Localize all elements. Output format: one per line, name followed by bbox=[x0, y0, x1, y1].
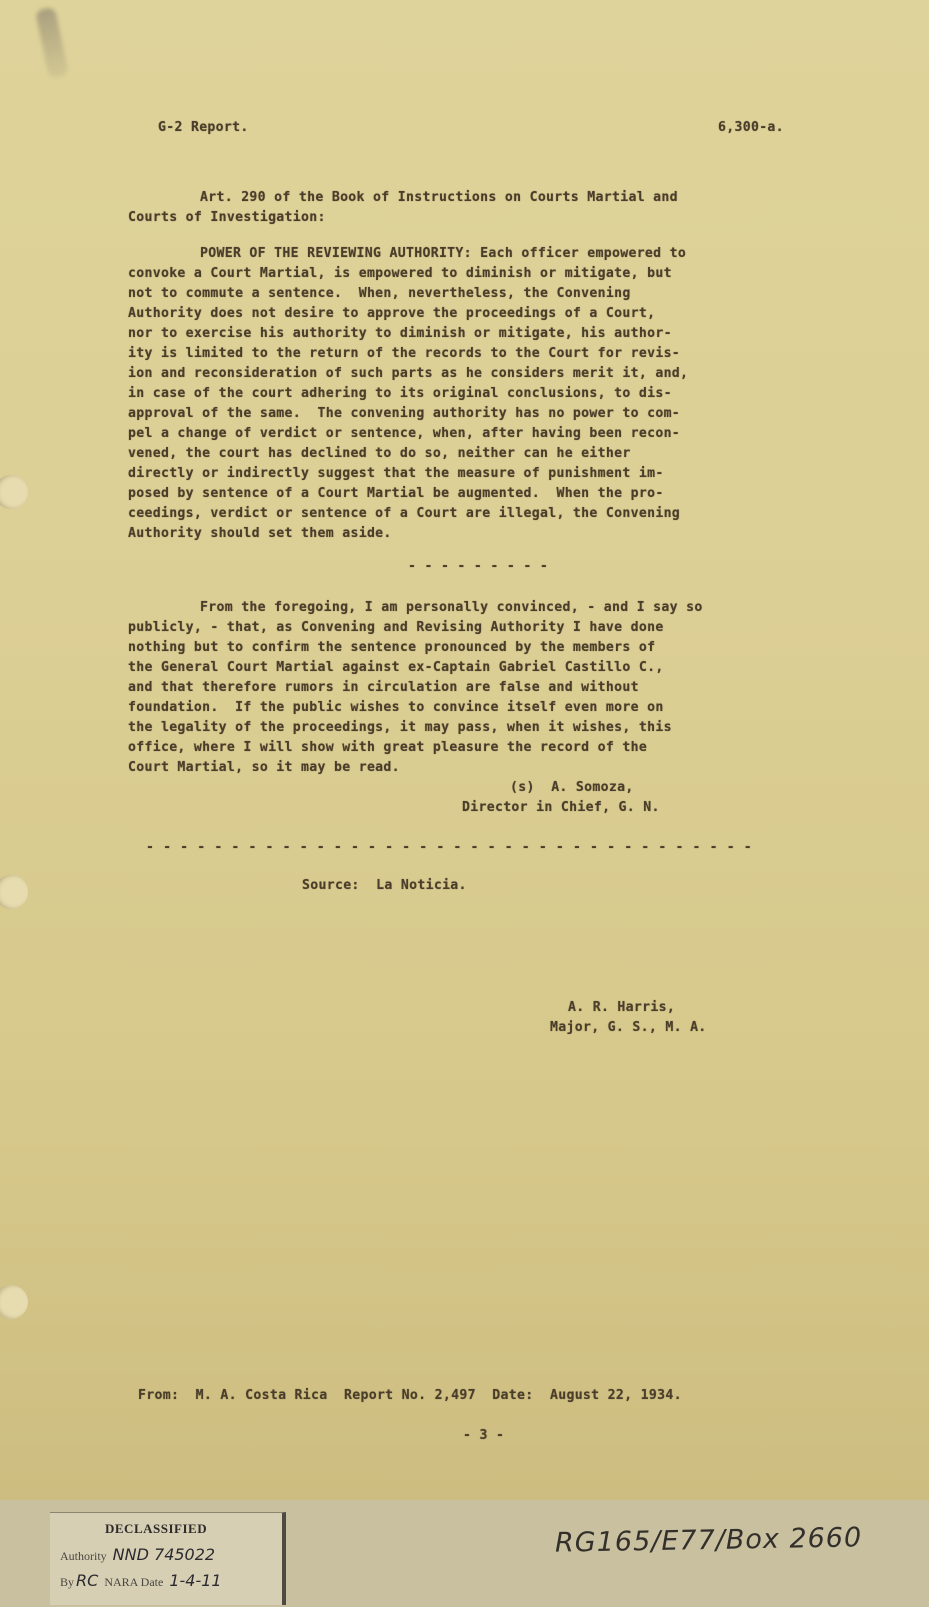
signature-title: Major, G. S., M. A. bbox=[550, 1018, 707, 1038]
footer-report-line: From: M. A. Costa Rica Report No. 2,497 … bbox=[138, 1386, 682, 1406]
stamp-nara-date-value: 1-4-11 bbox=[169, 1571, 221, 1590]
paper-stain bbox=[35, 7, 69, 80]
article-line: directly or indirectly suggest that the … bbox=[128, 464, 788, 484]
quoted-signature-name: (s) A. Somoza, bbox=[510, 778, 634, 798]
page-number: - 3 - bbox=[463, 1426, 504, 1446]
article-line: approval of the same. The convening auth… bbox=[128, 404, 788, 424]
document-page: G-2 Report. 6,300-a. Art. 290 of the Boo… bbox=[0, 0, 929, 1500]
article-line: Authority should set them aside. bbox=[128, 524, 788, 544]
article-line: POWER OF THE REVIEWING AUTHORITY: Each o… bbox=[128, 244, 788, 264]
statement-line: publicly, - that, as Convening and Revis… bbox=[128, 618, 788, 638]
statement-line: office, where I will show with great ple… bbox=[128, 738, 788, 758]
stamp-by-row: ByRCNARA Date1-4-11 bbox=[60, 1571, 222, 1590]
report-header-right: 6,300-a. bbox=[718, 118, 784, 138]
article-line: ceedings, verdict or sentence of a Court… bbox=[128, 504, 788, 524]
punch-hole bbox=[0, 875, 28, 909]
intro-paragraph: Art. 290 of the Book of Instructions on … bbox=[128, 188, 788, 228]
stamp-title: DECLASSIFIED bbox=[105, 1521, 207, 1537]
statement-line: and that therefore rumors in circulation… bbox=[128, 678, 788, 698]
article-line: pel a change of verdict or sentence, whe… bbox=[128, 424, 788, 444]
statement-line: From the foregoing, I am personally conv… bbox=[128, 598, 788, 618]
long-separator: - - - - - - - - - - - - - - - - - - - - … bbox=[146, 838, 752, 858]
stamp-authority-value: NND 745022 bbox=[113, 1545, 215, 1564]
stamp-nara-date-label: NARA Date bbox=[104, 1575, 163, 1589]
stamp-by-label: By bbox=[60, 1575, 74, 1589]
article-line: in case of the court adhering to its ori… bbox=[128, 384, 788, 404]
statement-line: foundation. If the public wishes to conv… bbox=[128, 698, 788, 718]
stamp-authority-row: AuthorityNND 745022 bbox=[60, 1545, 215, 1564]
statement-paragraph: From the foregoing, I am personally conv… bbox=[128, 598, 788, 778]
article-line: Authority does not desire to approve the… bbox=[128, 304, 788, 324]
quoted-signature-title: Director in Chief, G. N. bbox=[462, 798, 660, 818]
statement-line: the legality of the proceedings, it may … bbox=[128, 718, 788, 738]
article-line: vened, the court has declined to do so, … bbox=[128, 444, 788, 464]
stamp-by-initials: RC bbox=[76, 1571, 98, 1590]
article-line: ity is limited to the return of the reco… bbox=[128, 344, 788, 364]
punch-hole bbox=[0, 1285, 28, 1319]
article-paragraph: POWER OF THE REVIEWING AUTHORITY: Each o… bbox=[128, 244, 788, 544]
article-line: posed by sentence of a Court Martial be … bbox=[128, 484, 788, 504]
declassification-stamp: DECLASSIFIED AuthorityNND 745022 ByRCNAR… bbox=[50, 1512, 286, 1605]
intro-line: Courts of Investigation: bbox=[128, 208, 788, 228]
report-header-left: G-2 Report. bbox=[158, 118, 249, 138]
source-line: Source: La Noticia. bbox=[302, 876, 467, 896]
stamp-authority-label: Authority bbox=[60, 1549, 107, 1563]
article-line: not to commute a sentence. When, neverth… bbox=[128, 284, 788, 304]
article-line: nor to exercise his authority to diminis… bbox=[128, 324, 788, 344]
article-line: convoke a Court Martial, is empowered to… bbox=[128, 264, 788, 284]
punch-hole bbox=[0, 475, 28, 509]
statement-line: Court Martial, so it may be read. bbox=[128, 758, 788, 778]
signature-name: A. R. Harris, bbox=[568, 998, 675, 1018]
article-line: ion and reconsideration of such parts as… bbox=[128, 364, 788, 384]
short-separator: - - - - - - - - - bbox=[408, 557, 548, 577]
statement-line: nothing but to confirm the sentence pron… bbox=[128, 638, 788, 658]
intro-line: Art. 290 of the Book of Instructions on … bbox=[128, 188, 788, 208]
statement-line: the General Court Martial against ex-Cap… bbox=[128, 658, 788, 678]
archive-reference: RG165/E77/Box 2660 bbox=[555, 1522, 863, 1558]
